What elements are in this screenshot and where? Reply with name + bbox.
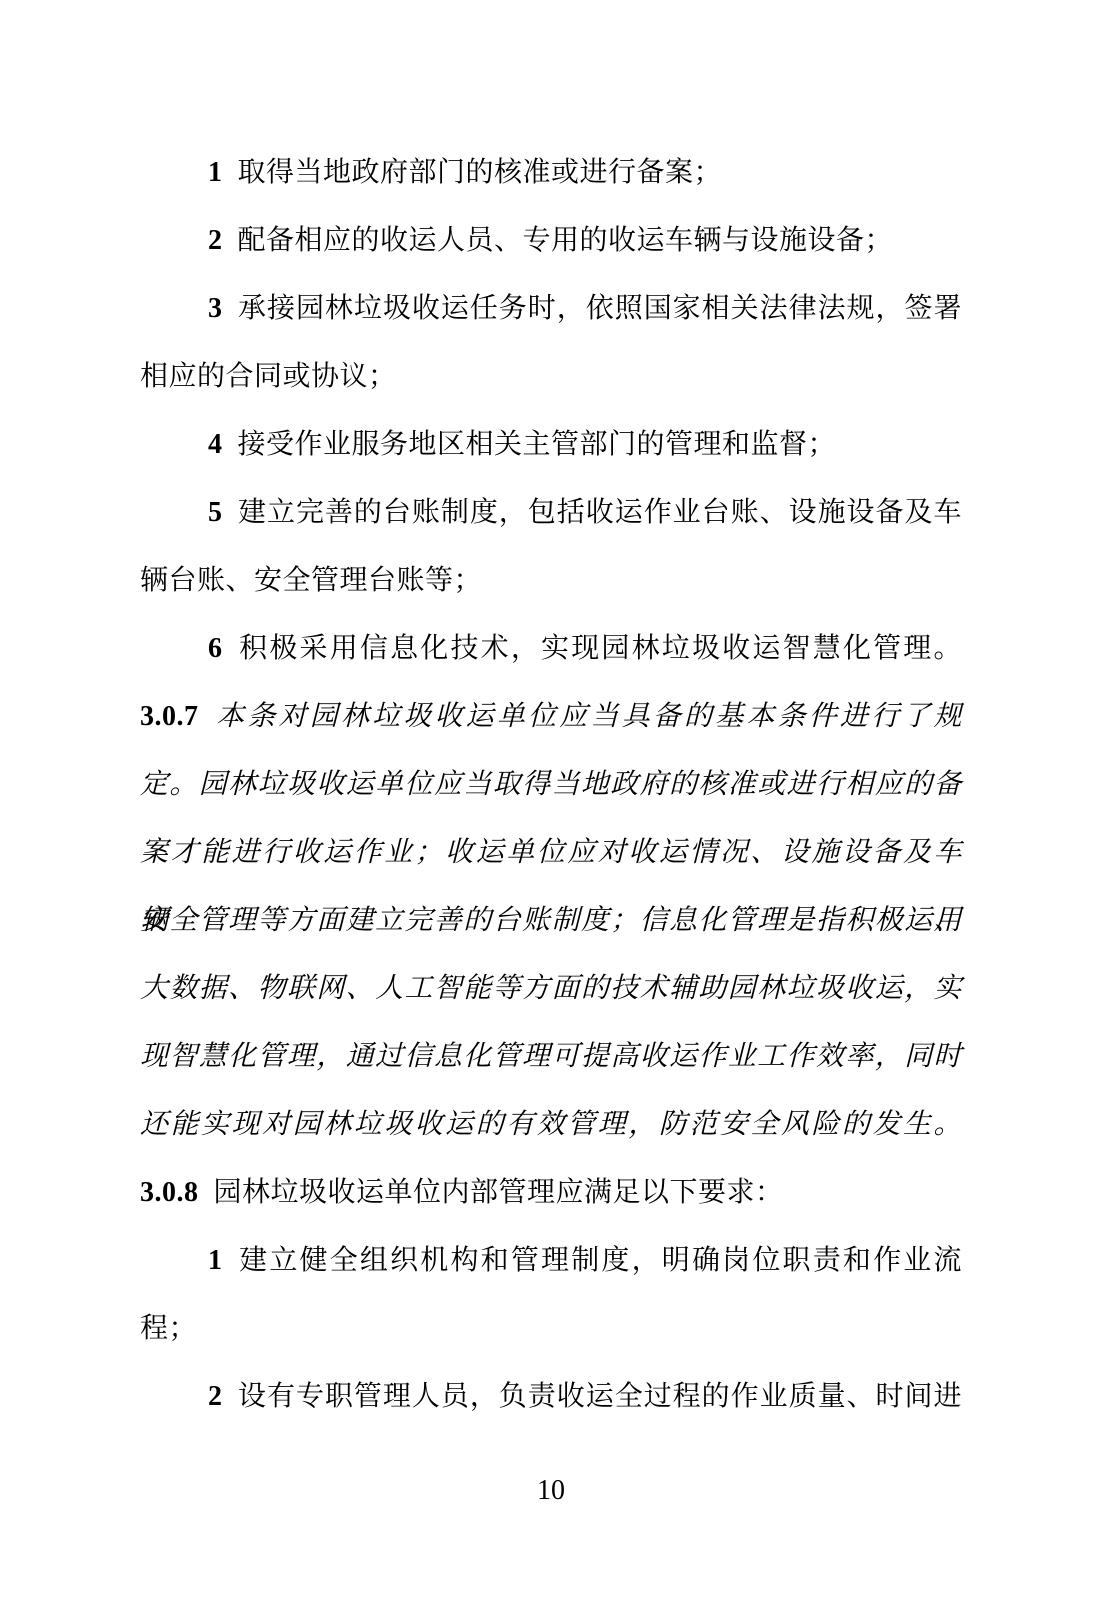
document-line: 还能实现对园林垃圾收运的有效管理，防范安全风险的发生。 xyxy=(140,1091,962,1159)
section-number: 3.0.7 xyxy=(140,701,199,732)
document-line: 辆台账、安全管理台账等； xyxy=(140,547,962,615)
line-text: 取得当地政府部门的核准或进行备案； xyxy=(238,157,723,188)
document-line: 大数据、物联网、人工智能等方面的技术辅助园林垃圾收运，实 xyxy=(140,955,962,1023)
list-item-number: 1 xyxy=(208,1245,223,1276)
line-text: 园林垃圾收运单位内部管理应满足以下要求： xyxy=(214,1177,784,1208)
document-line: 程； xyxy=(140,1295,962,1363)
line-text: 辆台账、安全管理台账等； xyxy=(140,565,482,596)
line-text: 大数据、物联网、人工智能等方面的技术辅助园林垃圾收运，实 xyxy=(140,973,962,1004)
list-item-number: 5 xyxy=(208,497,223,528)
line-text: 现智慧化管理，通过信息化管理可提高收运作业工作效率，同时 xyxy=(140,1041,962,1072)
document-line: 3.0.8园林垃圾收运单位内部管理应满足以下要求： xyxy=(140,1159,962,1227)
document-line: 定。园林垃圾收运单位应当取得当地政府的核准或进行相应的备 xyxy=(140,751,962,819)
list-item-number: 2 xyxy=(208,1381,223,1412)
line-text: 设有专职管理人员，负责收运全过程的作业质量、时间进 xyxy=(238,1381,963,1412)
section-number: 3.0.8 xyxy=(140,1177,199,1208)
document-line: 安全管理等方面建立完善的台账制度；信息化管理是指积极运用 xyxy=(140,887,962,955)
list-item-number: 2 xyxy=(208,225,223,256)
document-line: 3.0.7本条对园林垃圾收运单位应当具备的基本条件进行了规 xyxy=(140,683,962,751)
document-line: 现智慧化管理，通过信息化管理可提高收运作业工作效率，同时 xyxy=(140,1023,962,1091)
document-line: 1建立健全组织机构和管理制度，明确岗位职责和作业流 xyxy=(140,1227,962,1295)
document-line: 4接受作业服务地区相关主管部门的管理和监督； xyxy=(140,411,962,479)
line-text: 承接园林垃圾收运任务时，依照国家相关法律法规，签署 xyxy=(238,293,963,324)
line-text: 建立健全组织机构和管理制度，明确岗位职责和作业流 xyxy=(238,1245,963,1276)
line-text: 还能实现对园林垃圾收运的有效管理，防范安全风险的发生。 xyxy=(140,1109,962,1140)
line-text: 接受作业服务地区相关主管部门的管理和监督； xyxy=(238,429,837,460)
document-line: 3承接园林垃圾收运任务时，依照国家相关法律法规，签署 xyxy=(140,275,962,343)
document-page: 1取得当地政府部门的核准或进行备案；2配备相应的收运人员、专用的收运车辆与设施设… xyxy=(0,0,1102,1598)
line-text: 安全管理等方面建立完善的台账制度；信息化管理是指积极运用 xyxy=(140,905,962,936)
list-item-number: 3 xyxy=(208,293,223,324)
document-body: 1取得当地政府部门的核准或进行备案；2配备相应的收运人员、专用的收运车辆与设施设… xyxy=(140,139,962,1431)
list-item-number: 6 xyxy=(208,633,223,664)
document-line: 2配备相应的收运人员、专用的收运车辆与设施设备； xyxy=(140,207,962,275)
line-text: 程； xyxy=(140,1313,197,1344)
line-text: 本条对园林垃圾收运单位应当具备的基本条件进行了规 xyxy=(214,701,963,732)
document-line: 1取得当地政府部门的核准或进行备案； xyxy=(140,139,962,207)
list-item-number: 4 xyxy=(208,429,223,460)
line-text: 积极采用信息化技术，实现园林垃圾收运智慧化管理。 xyxy=(238,633,963,664)
document-line: 5建立完善的台账制度，包括收运作业台账、设施设备及车 xyxy=(140,479,962,547)
page-number: 10 xyxy=(0,1476,1102,1507)
document-line: 2设有专职管理人员，负责收运全过程的作业质量、时间进 xyxy=(140,1363,962,1431)
line-text: 建立完善的台账制度，包括收运作业台账、设施设备及车 xyxy=(238,497,963,528)
list-item-number: 1 xyxy=(208,157,223,188)
line-text: 相应的合同或协议； xyxy=(140,361,397,392)
document-line: 案才能进行收运作业；收运单位应对收运情况、设施设备及车辆、 xyxy=(140,819,962,887)
document-line: 相应的合同或协议； xyxy=(140,343,962,411)
document-line: 6积极采用信息化技术，实现园林垃圾收运智慧化管理。 xyxy=(140,615,962,683)
line-text: 配备相应的收运人员、专用的收运车辆与设施设备； xyxy=(238,225,894,256)
line-text: 定。园林垃圾收运单位应当取得当地政府的核准或进行相应的备 xyxy=(140,769,962,800)
